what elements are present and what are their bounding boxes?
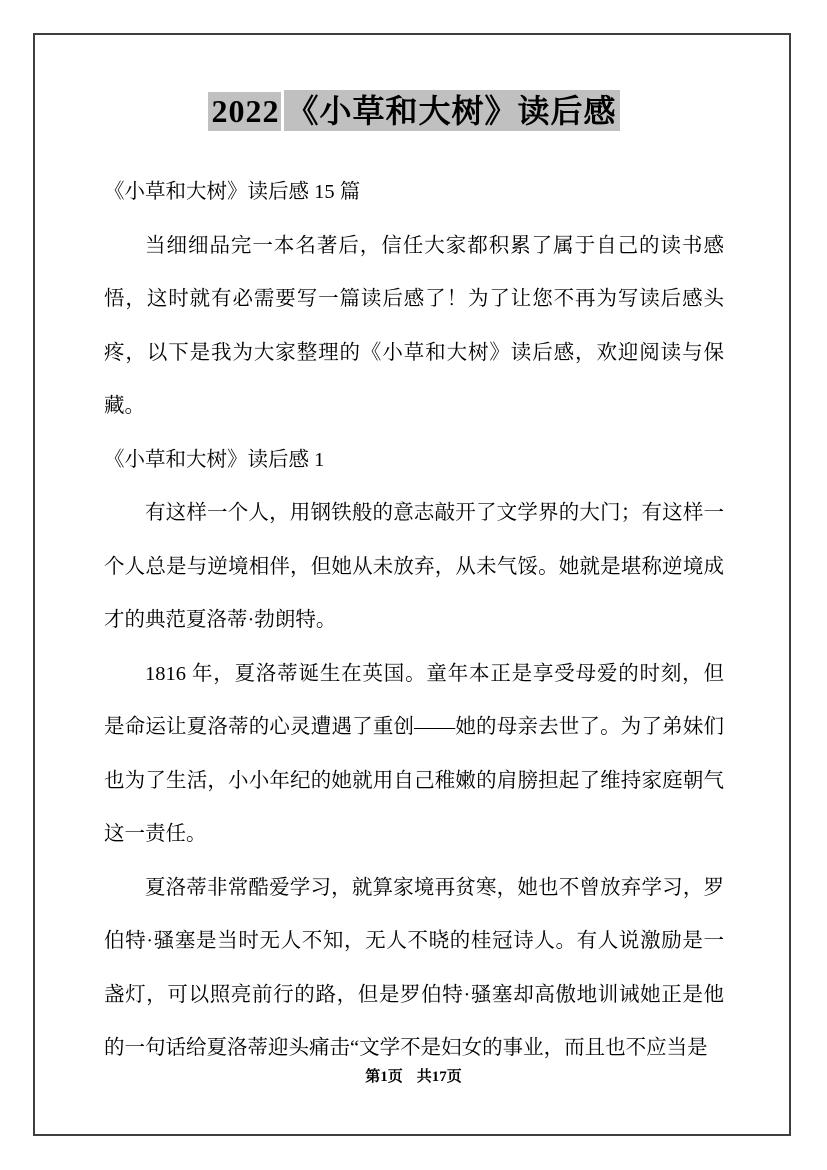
footer-current-page: 第1页 bbox=[365, 1066, 403, 1088]
document-content: 2022《小草和大树》读后感 《小草和大树》读后感 15 篇 当细细品完一本名著… bbox=[104, 33, 724, 1076]
paragraph-body-2: 1816 年，夏洛蒂诞生在英国。童年本正是享受母爱的时刻，但是命运让夏洛蒂的心灵… bbox=[104, 648, 724, 862]
page-footer: 第1页共17页 bbox=[0, 1066, 827, 1088]
footer-total-pages: 共17页 bbox=[417, 1066, 462, 1088]
paragraph-subtitle: 《小草和大树》读后感 15 篇 bbox=[104, 166, 724, 220]
page-title-year-highlight: 2022 bbox=[208, 92, 281, 131]
paragraph-section-heading: 《小草和大树》读后感 1 bbox=[104, 434, 724, 488]
page-title-text-highlight: 《小草和大树》读后感 bbox=[284, 90, 619, 131]
document-body: 《小草和大树》读后感 15 篇 当细细品完一本名著后，信任大家都积累了属于自己的… bbox=[104, 166, 724, 1076]
paragraph-intro: 当细细品完一本名著后，信任大家都积累了属于自己的读书感悟，这时就有必需要写一篇读… bbox=[104, 220, 724, 434]
page-title: 2022《小草和大树》读后感 bbox=[104, 89, 724, 133]
document-page: 2022《小草和大树》读后感 《小草和大树》读后感 15 篇 当细细品完一本名著… bbox=[0, 0, 827, 1170]
paragraph-body-1: 有这样一个人，用钢铁般的意志敲开了文学界的大门；有这样一个人总是与逆境相伴，但她… bbox=[104, 487, 724, 648]
paragraph-body-3: 夏洛蒂非常酷爱学习，就算家境再贫寒，她也不曾放弃学习，罗伯特·骚塞是当时无人不知… bbox=[104, 862, 724, 1076]
